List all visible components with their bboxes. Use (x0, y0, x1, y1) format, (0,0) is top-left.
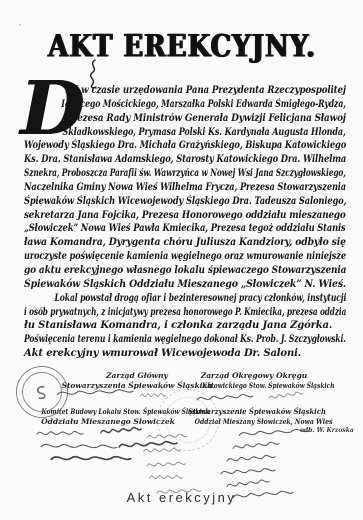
scanned-document-page: AKT EREKCYJNY. D ziś w czasie urzędowani… (0, 0, 363, 520)
body-line: ława Komandra, Dyrygenta chóru Juliusza … (24, 236, 321, 250)
body-line: Sznekra, Proboszcza Parafii św. Wawrzyńc… (24, 167, 263, 181)
document-body: ziś w czasie urzędowania Pana Prezydenta… (24, 84, 346, 361)
signature-header-line: Zarząd Okręgowy Okręgu (188, 371, 320, 381)
body-line: Lokal powstał drogą ofiar i bezinteresow… (24, 292, 270, 306)
printer-note: odb. W. Krzoska (300, 427, 354, 434)
seal-monogram (29, 379, 55, 405)
body-line: sekretarza Jana Fojcika, Prezesa Honorow… (24, 209, 307, 223)
document-title: AKT EREKCYJNY. (0, 29, 363, 64)
signature-scribble (196, 390, 254, 404)
body-line: łu Stanisława Komandra, i członka zarząd… (24, 319, 346, 333)
body-line: Śpiewaków Śląskich Oddziału Mieszanego „… (24, 278, 324, 292)
body-line: i osób prywatnych, z inicjatywy prezesa … (24, 306, 261, 320)
signature-scribble (149, 470, 183, 483)
body-line: uroczyste poświęcenie kamienia węgielneg… (24, 250, 289, 264)
body-line: ziś w czasie urzędowania Pana Prezydenta… (24, 84, 303, 98)
body-line: Śpiewaków Śląskich Wicewojewody Śląskieg… (24, 195, 291, 209)
scan-artifact-dot (19, 24, 21, 26)
body-line: Składkowskiego, Prymasa Polski Ks. Kardy… (24, 126, 283, 140)
signature-scribble (267, 387, 304, 403)
body-line: Akt erekcyjny wmurował Wicewojewoda Dr. … (24, 347, 346, 361)
signature-scribble (100, 423, 143, 437)
photo-caption: Akt erekcyjny (0, 490, 363, 505)
body-line: Naczelnika Gminy Nowa Wieś Wilhelma Fryc… (24, 181, 289, 195)
signature-scribble (146, 430, 188, 442)
body-line: Poświęcenia terenu i kamienia węgielnego… (24, 333, 270, 347)
body-line: Ks. Dra. Stanisława Adamskiego, Starosty… (24, 153, 292, 167)
signature-scribble (146, 458, 186, 471)
body-line: Wojewody Śląskiego Dra. Michała Grażyńsk… (24, 139, 291, 153)
body-line: „Słowiczek” Nowa Wieś Pawła Kmiecika, Pr… (24, 222, 291, 236)
signature-scribble (226, 451, 277, 466)
signature-scribble (143, 444, 181, 457)
body-line: Prezesa Rady Ministrów Generała Dywizji … (24, 112, 307, 126)
signature-scribble (56, 385, 134, 398)
body-line: go aktu erekcyjnego własnego lokalu śpie… (24, 264, 312, 278)
signature-scribble (140, 389, 166, 402)
body-line: Ignacego Mościckiego, Marszałka Polski E… (24, 98, 274, 112)
signature-scribble (50, 451, 132, 464)
signature-scribble (36, 427, 84, 440)
